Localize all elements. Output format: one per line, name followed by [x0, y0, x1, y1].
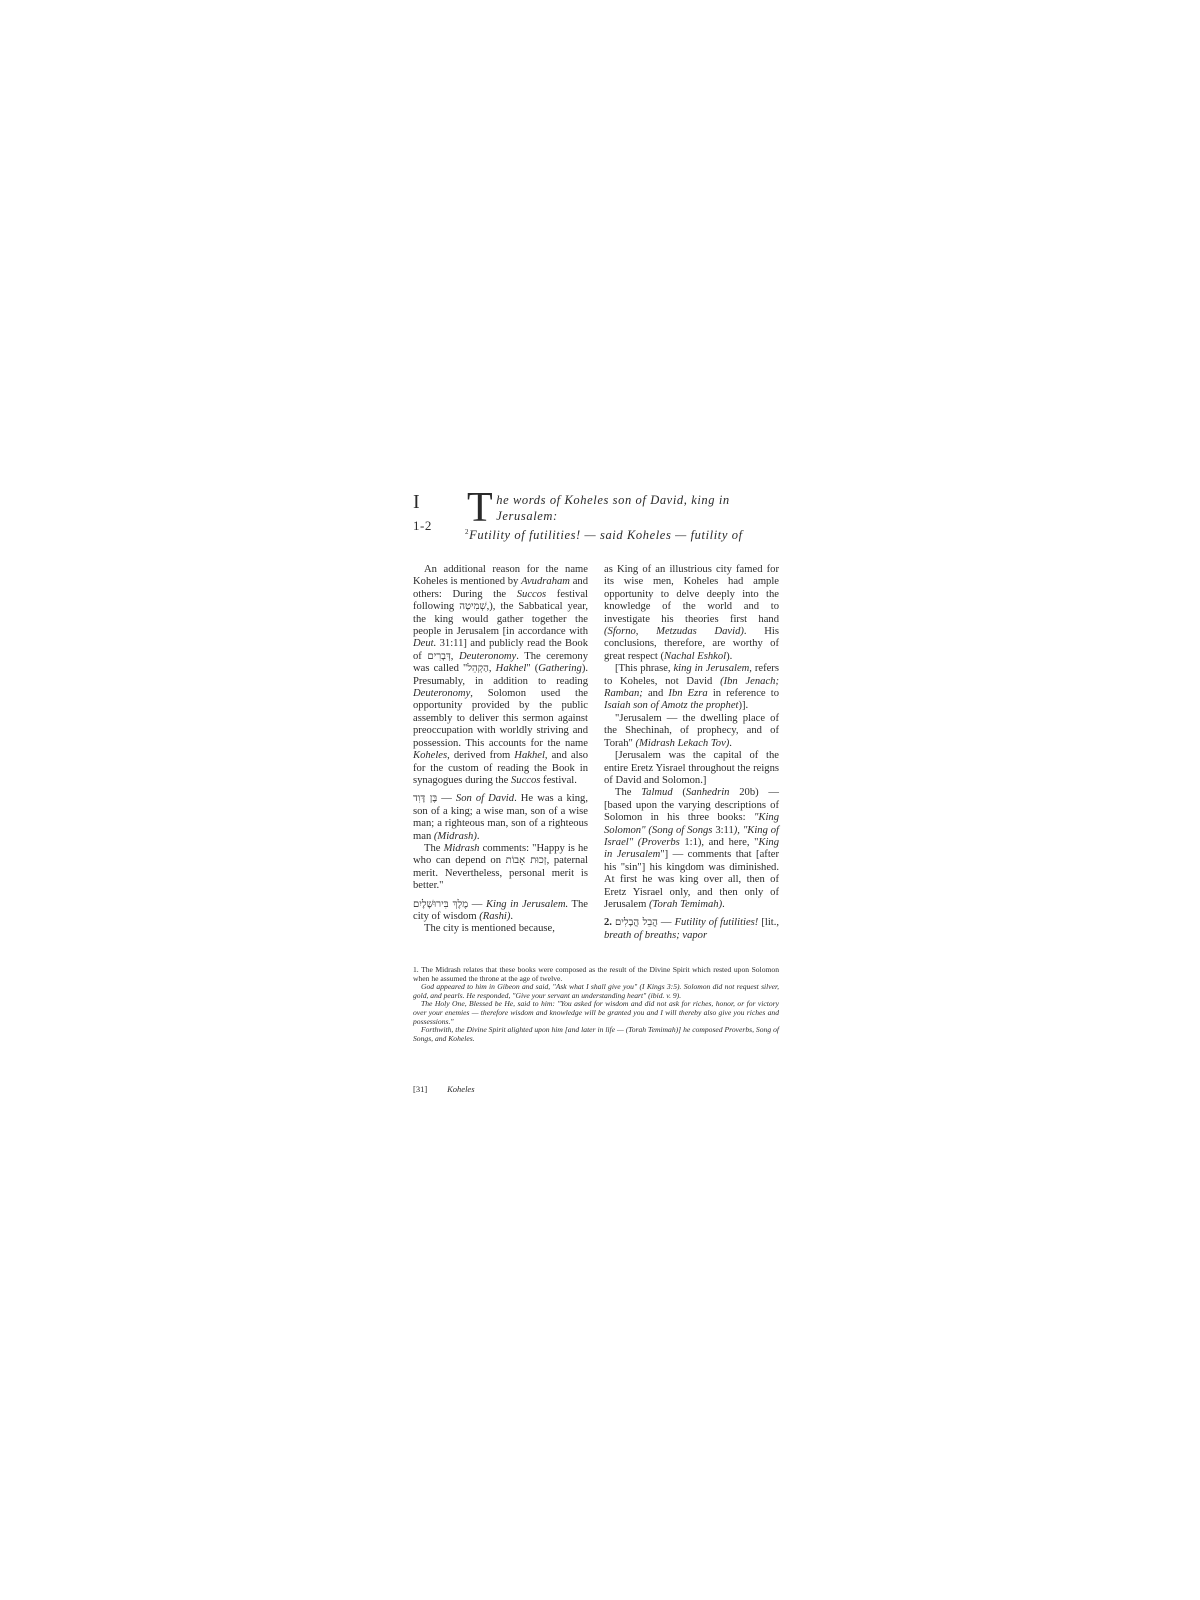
hebrew-term: דְּבָרִים [427, 651, 450, 662]
left-column: An additional reason for the name Kohele… [413, 564, 588, 942]
footnote-1-continued: Forthwith, the Divine Spirit alighted up… [413, 1026, 779, 1043]
commentary-paragraph: "Jerusalem — the dwelling place of the S… [604, 713, 779, 750]
verse-1-line-2: Jerusalem: [471, 508, 779, 524]
page-header: I 1-2 T he words of Koheles son of David… [413, 492, 779, 550]
chapter-numeral: I [413, 492, 453, 512]
page-number: [31] [413, 1084, 445, 1094]
footnote-1: 1. The Midrash relates that these books … [413, 966, 779, 983]
hebrew-term: הַקְהֵל [467, 663, 489, 674]
verse-2-text: Futility of futilities! — said Koheles —… [469, 528, 743, 542]
commentary-entry-son-of-david: בֶּן דָּוִד — Son of David. He was a kin… [413, 793, 588, 843]
verse-1-line-1: he words of Koheles son of David, king i… [471, 492, 779, 508]
commentary-paragraph: The Midrash comments: "Happy is he who c… [413, 843, 588, 893]
footnotes: 1. The Midrash relates that these books … [413, 966, 779, 1043]
verse-range: 1-2 [413, 518, 453, 534]
footnote-1-continued: The Holy One, Blessed be He, said to him… [413, 1000, 779, 1026]
right-column: as King of an illustrious city famed for… [604, 564, 779, 942]
commentary-entry-king-in-jerusalem: מֶלֶךְ בִּירוּשָׁלָיִם — King in Jerusal… [413, 899, 588, 924]
commentary-paragraph: The city is mentioned because, [413, 923, 588, 935]
hebrew-lemma: מֶלֶךְ בִּירוּשָׁלָיִם [413, 899, 468, 910]
commentary-paragraph: The Talmud (Sanhedrin 20b) — [based upon… [604, 787, 779, 911]
verse-translation: T he words of Koheles son of David, king… [471, 492, 779, 543]
commentary-paragraph: An additional reason for the name Kohele… [413, 564, 588, 787]
running-title: Koheles [447, 1084, 474, 1094]
verse-2: 2Futility of futilities! — said Koheles … [465, 524, 779, 543]
chapter-marker: I 1-2 [413, 492, 453, 534]
commentary-columns: An additional reason for the name Kohele… [413, 564, 779, 942]
hebrew-lemma: בֶּן דָּוִד [413, 793, 437, 804]
commentary-paragraph: [This phrase, king in Jerusalem, refers … [604, 663, 779, 713]
footnote-1-continued: God appeared to him in Gibeon and said, … [413, 983, 779, 1000]
book-page: I 1-2 T he words of Koheles son of David… [413, 492, 779, 550]
verse-number: 2. [604, 917, 615, 928]
commentary-paragraph: [Jerusalem was the capital of the entire… [604, 750, 779, 787]
hebrew-term: זְכוּת אָבוֹת [506, 855, 547, 866]
hebrew-term: שְׁמִיטָה [459, 601, 486, 612]
commentary-paragraph: as King of an illustrious city famed for… [604, 564, 779, 663]
hebrew-lemma: הֲבֵל הֲבָלִים [615, 917, 658, 928]
page-footer: [31] Koheles [413, 1084, 475, 1094]
commentary-entry-verse-2: 2. הֲבֵל הֲבָלִים — Futility of futiliti… [604, 917, 779, 942]
drop-cap: T [467, 492, 493, 524]
